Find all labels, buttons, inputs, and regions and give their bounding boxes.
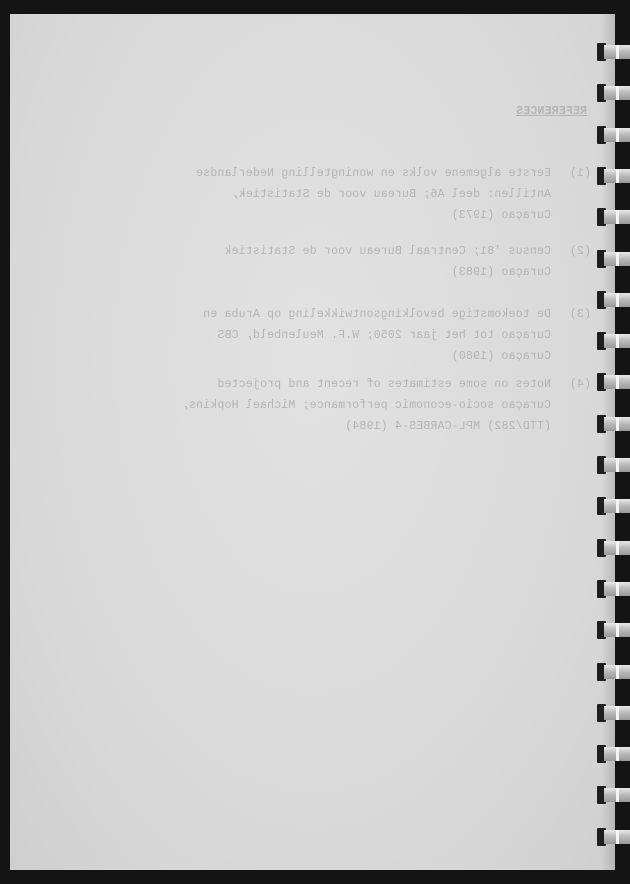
binding-ring-icon [597, 745, 630, 763]
binding-ring-icon [597, 580, 630, 598]
reference-line: Curaçao (1983) [121, 262, 591, 283]
binding-ring-icon [597, 415, 630, 433]
binding-ring-icon [597, 497, 630, 515]
reference-line: Curaçao socio-economic performance; Mich… [121, 395, 591, 416]
binding-ring-icon [597, 43, 630, 61]
reference-line: Curaçao (1980) [121, 346, 591, 367]
binding-ring-icon [597, 126, 630, 144]
binding-ring-icon [597, 828, 630, 846]
binding-ring-icon [597, 373, 630, 391]
reference-line: Census '81; Centraal Bureau voor de Stat… [224, 245, 551, 258]
reference-line: (TTD/282) MPL-CARBES-4 (1984) [121, 416, 591, 437]
document-page: REFERENCES (1)Eerste algemene volks en w… [10, 14, 615, 870]
reference-item: (4)Notes on some estimates of recent and… [121, 374, 591, 437]
reference-number: (3) [551, 304, 591, 325]
references-heading: REFERENCES [516, 105, 587, 118]
reference-number: (4) [551, 374, 591, 395]
reference-number: (1) [551, 163, 591, 184]
binding-ring-icon [597, 250, 630, 268]
reference-number: (2) [551, 241, 591, 262]
binding-ring-icon [597, 786, 630, 804]
reference-line: Curaçao tot het jaar 2050; W.F. Meulenbe… [121, 325, 591, 346]
binding-ring-icon [597, 621, 630, 639]
binding-ring-icon [597, 167, 630, 185]
binding-ring-icon [597, 456, 630, 474]
reference-line: Eerste algemene volks en woningtelling N… [196, 167, 551, 180]
binding-ring-icon [597, 84, 630, 102]
reference-item: (1)Eerste algemene volks en woningtellin… [121, 163, 591, 226]
reference-item: (2)Census '81; Centraal Bureau voor de S… [121, 241, 591, 283]
reference-line: Notes on some estimates of recent and pr… [217, 378, 551, 391]
binding-ring-icon [597, 332, 630, 350]
reference-item: (3)De toekomstige bevolkingsontwikkeling… [121, 304, 591, 367]
reference-line: De toekomstige bevolkingsontwikkeling op… [203, 308, 551, 321]
reference-line: Antillen: deel A6; Bureau voor de Statis… [121, 184, 591, 205]
reference-line: Curaçao (1973) [121, 205, 591, 226]
binding-ring-icon [597, 291, 630, 309]
binding-ring-icon [597, 663, 630, 681]
show-through-text: REFERENCES (1)Eerste algemene volks en w… [10, 14, 615, 870]
binding-ring-icon [597, 704, 630, 722]
binding-ring-icon [597, 208, 630, 226]
binding-ring-icon [597, 539, 630, 557]
